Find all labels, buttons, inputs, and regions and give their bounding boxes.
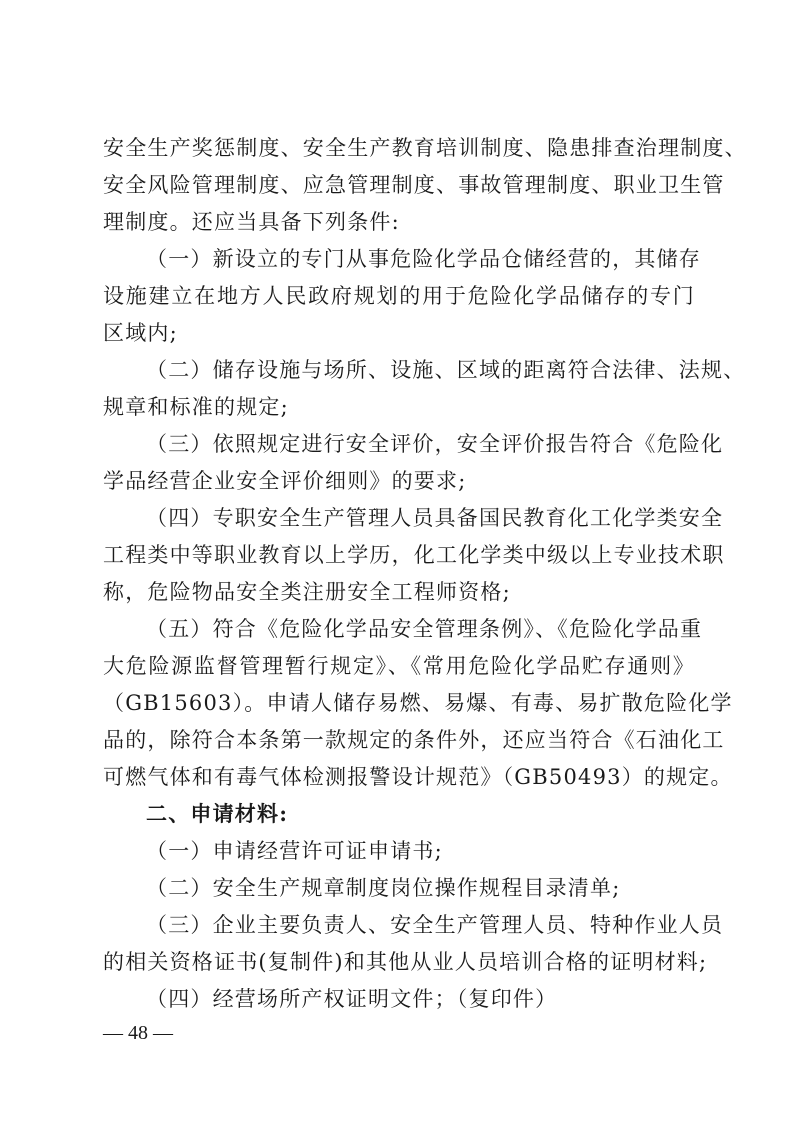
condition-item-4: （四）专职安全生产管理人员具备国民教育化工化学类安全 [146, 503, 695, 533]
body-text-line: 区域内; [103, 318, 695, 348]
body-text-line: 称，危险物品安全类注册安全工程师资格; [103, 577, 695, 607]
body-text-line: 可燃气体和有毒气体检测报警设计规范》（GB50493）的规定。 [103, 762, 695, 792]
material-item-3: （三）企业主要负责人、安全生产管理人员、特种作业人员 [146, 910, 695, 940]
condition-item-1: （一）新设立的专门从事危险化学品仓储经营的，其储存 [146, 244, 695, 274]
body-text-line: 理制度。还应当具备下列条件: [103, 207, 695, 237]
condition-item-3: （三）依照规定进行安全评价，安全评价报告符合《危险化 [146, 429, 695, 459]
section-heading-application-materials: 二、申请材料: [146, 799, 695, 829]
body-text-line: 大危险源监督管理暂行规定》、《常用危险化学品贮存通则》 [103, 651, 695, 681]
material-item-4: （四）经营场所产权证明文件；（复印件） [146, 984, 695, 1014]
material-item-1: （一）申请经营许可证申请书; [146, 836, 695, 866]
body-text-line: 的相关资格证书(复制件)和其他从业人员培训合格的证明材料; [103, 947, 695, 977]
body-text-line: 学品经营企业安全评价细则》的要求; [103, 466, 695, 496]
material-item-2: （二）安全生产规章制度岗位操作规程目录清单; [146, 873, 695, 903]
body-text-line: （GB15603）。申请人储存易燃、易爆、有毒、易扩散危险化学 [103, 688, 695, 718]
body-text-line: 规章和标准的规定; [103, 392, 695, 422]
body-text-line: 品的，除符合本条第一款规定的条件外，还应当符合《石油化工 [103, 725, 695, 755]
body-text-line: 设施建立在地方人民政府规划的用于危险化学品储存的专门 [103, 281, 695, 311]
page-number: — 48 — [103, 1019, 173, 1047]
condition-item-2: （二）储存设施与场所、设施、区域的距离符合法律、法规、 [146, 355, 695, 385]
condition-item-5: （五）符合《危险化学品安全管理条例》、《危险化学品重 [146, 614, 695, 644]
body-text-line: 安全风险管理制度、应急管理制度、事故管理制度、职业卫生管 [103, 170, 695, 200]
body-text-line: 安全生产奖惩制度、安全生产教育培训制度、隐患排查治理制度、 [103, 133, 695, 163]
body-text-line: 工程类中等职业教育以上学历，化工化学类中级以上专业技术职 [103, 540, 695, 570]
